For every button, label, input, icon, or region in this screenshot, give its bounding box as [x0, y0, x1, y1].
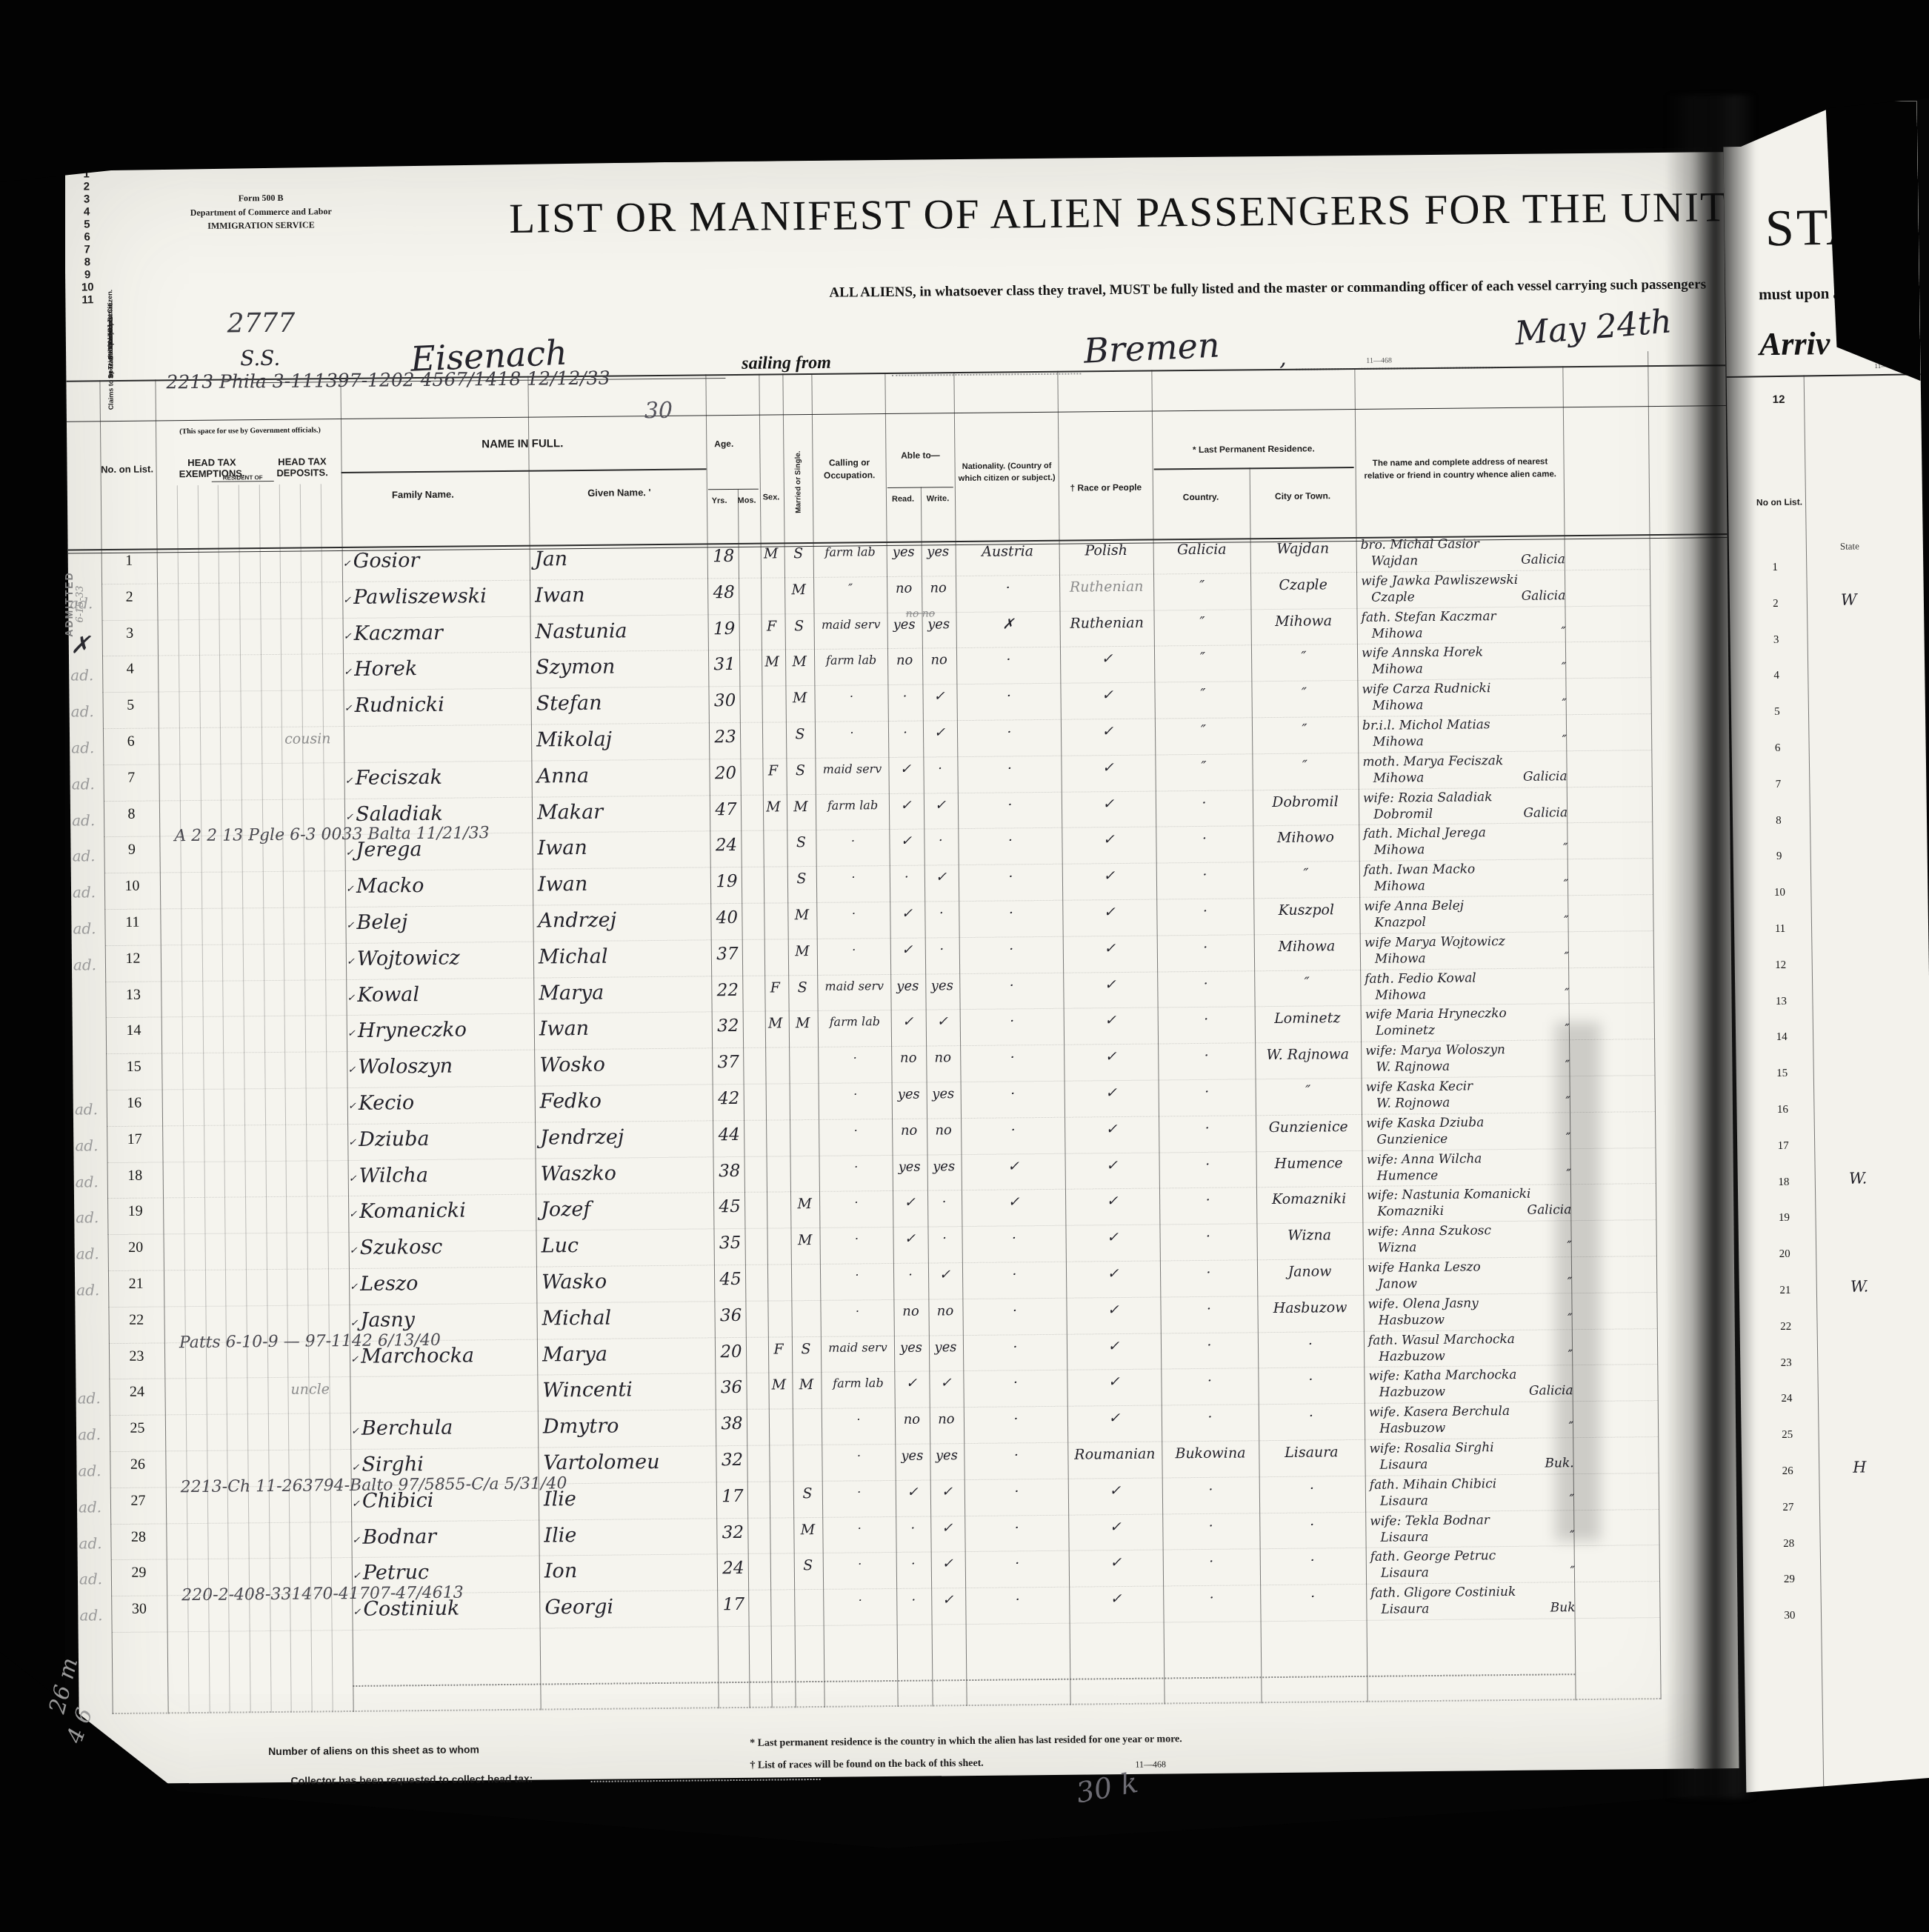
cell-co: ″	[1154, 579, 1250, 594]
top-annotation: 2213 Phila 3-111397-1202 4567/1418 12/12…	[166, 363, 1055, 393]
relative-place: Lisaura	[1381, 1603, 1429, 1616]
cell-g: Michal	[539, 945, 709, 968]
cell-oc: ·	[823, 1450, 894, 1463]
rp-row-number: 27	[1772, 1501, 1805, 1514]
cell-ci: Janow	[1258, 1265, 1362, 1280]
cell-ra: ✓	[1062, 724, 1154, 740]
table-hline-1	[67, 405, 1726, 422]
cell-oc: farm lab	[819, 1016, 890, 1029]
family-check: ✓	[350, 1245, 358, 1256]
cell-ci: Dobromil	[1253, 795, 1357, 810]
cell-f: Kowal	[357, 983, 539, 1006]
relative-line-2: Janow″	[1378, 1276, 1572, 1291]
relative-line-2: WajdanGalicia	[1371, 553, 1565, 568]
cell-oc: ·	[821, 1196, 892, 1210]
rp-no-on-list: No on List.	[1755, 495, 1804, 510]
col-read: Read.	[886, 495, 920, 504]
cell-wr: no	[927, 1124, 960, 1138]
cell-wr: yes	[927, 1160, 961, 1174]
relative-place: W. Rojnowa	[1376, 1097, 1450, 1110]
cell-g: Iwan	[538, 873, 708, 896]
relative-place: Mihowa	[1375, 953, 1426, 966]
margin-note: ad.	[75, 1136, 107, 1154]
cell-oc: ·	[824, 1522, 895, 1536]
cell-y: 44	[713, 1126, 745, 1145]
cell-g: Fedko	[540, 1090, 710, 1113]
relative-line-1: wife: Rosalia Sirghi	[1369, 1441, 1573, 1456]
cell-ci: Hasbuzow	[1258, 1301, 1362, 1316]
margin-note: ad.	[78, 1425, 110, 1443]
cell-no: 30	[111, 1602, 167, 1618]
cell-ra: ✓	[1065, 1122, 1158, 1137]
relative-line-2: Humence″	[1377, 1168, 1571, 1183]
cell-ci: Wizna	[1257, 1228, 1361, 1244]
cell-wr: ✓	[926, 1015, 959, 1029]
cell-ra: ✓	[1066, 1194, 1159, 1210]
cell-co: ·	[1162, 1374, 1257, 1390]
relative-place: Lisaura	[1381, 1567, 1429, 1580]
cell-no: 22	[108, 1312, 164, 1328]
relative-region: ″	[1563, 843, 1568, 856]
cell-y: 47	[710, 800, 742, 819]
rp-row-number: 16	[1766, 1104, 1799, 1117]
cell-f: Rudnicki	[355, 694, 536, 717]
cell-ms: M	[784, 583, 813, 598]
admitted-stamp-word: ADMITTED	[63, 553, 75, 656]
col-number-2: 2	[64, 180, 109, 193]
cell-ra: Ruthenian	[1060, 579, 1153, 595]
exemption-sub-8: Claims to be U. S. Citizen.	[107, 324, 115, 413]
cell-oc: maid serv	[819, 980, 890, 993]
cell-f: Komanicki	[359, 1200, 541, 1223]
family-check: ✓	[347, 1028, 356, 1039]
rp-row-number: 6	[1762, 742, 1794, 756]
relative-line-2: LisauraBuk.	[1379, 1457, 1573, 1472]
family-pencil-note: uncle	[290, 1382, 330, 1399]
form-id-block: Form 500 B Department of Commerce and La…	[161, 190, 362, 233]
col-no-on-list: No. on List.	[97, 462, 156, 476]
relative-line-2: LisauraBuk	[1381, 1602, 1575, 1616]
family-check: ✓	[346, 920, 354, 931]
rp-divider-1	[1804, 375, 1825, 1849]
relative-region: ″	[1564, 879, 1569, 891]
cell-co: ·	[1157, 904, 1253, 919]
readwrite-strike-note: no no	[885, 607, 955, 620]
relative-line-2: Lominetz″	[1376, 1024, 1570, 1039]
relative-line-1: wife: Marya Woloszyn	[1365, 1043, 1570, 1058]
cell-ra: ✓	[1062, 760, 1154, 776]
cell-ra: ✓	[1065, 1013, 1157, 1029]
cell-sx: M	[762, 800, 785, 815]
cell-ms: M	[785, 655, 813, 670]
relative-line-1: fath. George Petruc	[1370, 1550, 1575, 1565]
relative-line-2: W. Rajnowa″	[1376, 1059, 1570, 1074]
cell-wr: yes	[922, 545, 955, 559]
cell-f: Szukosc	[360, 1236, 542, 1259]
cell-sx: M	[764, 1017, 787, 1032]
department-line: Department of Commerce and Labor	[161, 204, 361, 219]
cell-na: ·	[962, 1087, 1064, 1102]
cell-oc: ·	[823, 1413, 894, 1427]
cell-ra: ✓	[1067, 1302, 1159, 1318]
rp-row-number: 12	[1765, 959, 1797, 972]
cell-y: 19	[710, 873, 743, 891]
margin-note: ad.	[78, 1462, 110, 1479]
family-check: ✓	[347, 993, 355, 1004]
relative-line-1: wife Hanka Leszo	[1367, 1260, 1572, 1275]
cell-ci: ″	[1252, 650, 1356, 665]
cell-sx: F	[763, 981, 787, 996]
margin-note: ad.	[71, 702, 104, 720]
cell-no: 8	[104, 806, 159, 822]
cell-co: ·	[1162, 1410, 1258, 1425]
film-edge-left	[0, 0, 65, 1932]
cell-ci: ″	[1252, 686, 1356, 702]
cell-ci: Gunzienice	[1256, 1120, 1360, 1136]
relative-line-2: Mihowa″	[1374, 843, 1568, 858]
cell-rd: ✓	[893, 1233, 927, 1247]
rp-row-number: 1	[1759, 562, 1791, 575]
cell-f: Bodnar	[362, 1525, 544, 1548]
cell-na: ·	[961, 978, 1062, 993]
cell-ms: S	[784, 547, 813, 562]
cell-wr: ✓	[922, 690, 956, 704]
rp-row-number: 26	[1771, 1465, 1804, 1479]
rp-row-number: 19	[1768, 1212, 1800, 1225]
rp-row-number: 9	[1763, 850, 1796, 864]
cell-ra: ✓	[1065, 1050, 1157, 1065]
cell-na: ·	[965, 1412, 1067, 1428]
cell-f: Pawliszewski	[353, 585, 535, 608]
relative-line-1: wife Annska Horek	[1362, 646, 1566, 661]
cell-ra: ✓	[1066, 1158, 1159, 1173]
cell-g: Mikolaj	[536, 728, 707, 751]
relative-line-1: wife. Kasera Berchula	[1369, 1405, 1573, 1419]
margin-note: ad.	[76, 1173, 108, 1190]
margin-note: ad.	[73, 956, 106, 973]
cell-na: ·	[966, 1520, 1067, 1536]
cell-ra: Roumanian	[1068, 1448, 1161, 1463]
family-check: ✓	[348, 1101, 356, 1112]
cell-no: 23	[109, 1348, 164, 1365]
col-number-6: 6	[64, 230, 109, 244]
cell-oc: ·	[819, 944, 890, 957]
cell-f: Berchula	[362, 1417, 543, 1440]
rp-arrival-fragment: Arriv	[1759, 324, 1830, 363]
cell-rd: yes	[893, 1160, 927, 1174]
family-check: ✓	[352, 1499, 360, 1510]
rp-row-number: 4	[1760, 670, 1793, 683]
cell-ci: Mihowo	[1253, 830, 1357, 846]
cell-y: 32	[716, 1451, 748, 1470]
name-col-pencil-30: 30	[644, 398, 673, 424]
margin-note: ad.	[73, 883, 105, 901]
col-name-in-full: NAME IN FULL.	[422, 436, 622, 451]
cell-wr: no	[926, 1051, 959, 1065]
cell-co: ·	[1157, 867, 1253, 883]
cell-no: 13	[105, 987, 161, 1003]
cell-sx: M	[760, 656, 784, 670]
cell-oc: maid serv	[816, 763, 887, 776]
cell-na: ·	[960, 870, 1062, 885]
family-check: ✓	[344, 703, 353, 714]
relative-line-2: Mihowa″	[1375, 951, 1569, 966]
relative-place: Wizna	[1378, 1242, 1417, 1255]
relative-line-2: Gunzienice″	[1376, 1132, 1570, 1147]
cell-ci: ·	[1261, 1553, 1365, 1569]
col-calling: Calling or Occupation.	[813, 456, 884, 482]
rp-row-fragment: W.	[1849, 1168, 1923, 1187]
cell-ci: Komazniki	[1257, 1192, 1361, 1207]
cell-y: 40	[710, 909, 743, 927]
col-number-10: 10	[65, 281, 110, 294]
cell-oc: ·	[821, 1161, 892, 1174]
relative-line-2: Knazpol″	[1374, 915, 1568, 930]
relative-line-1: wife Carza Rudnicki	[1362, 682, 1566, 696]
col-family-name: Family Name.	[364, 488, 482, 501]
rp-subtitle-fragment: must upon a	[1759, 284, 1841, 304]
relative-region: ″	[1562, 662, 1567, 675]
cell-rd: ✓	[888, 762, 922, 776]
cell-f: Hryneczko	[358, 1019, 539, 1042]
cell-rd: yes	[887, 618, 922, 632]
cell-wr: ✓	[930, 1522, 964, 1536]
margin-note: ad.	[72, 775, 104, 793]
cell-y: 37	[711, 945, 744, 964]
relative-line-2: Mihowa″	[1374, 879, 1568, 893]
relative-line-1: fath. Stefan Kaczmar	[1361, 610, 1565, 624]
cell-wr: ·	[928, 1232, 962, 1246]
cell-g: Vartolomeu	[543, 1451, 713, 1474]
relative-line-1: wife Anna Belej	[1364, 899, 1568, 913]
cell-ms: S	[787, 872, 816, 887]
footer-collector-rule	[591, 1779, 821, 1782]
family-check: ✓	[349, 1209, 357, 1220]
table-hline-3	[708, 489, 759, 490]
cell-rd: yes	[895, 1450, 929, 1464]
family-check: ✓	[348, 1137, 356, 1148]
cell-oc: ·	[820, 1088, 891, 1102]
cell-rd: yes	[890, 979, 924, 993]
footer-pencil-note: 30 k	[1073, 1766, 1140, 1810]
relative-line-2: Mihowa″	[1373, 698, 1567, 713]
cell-rd: no	[893, 1305, 927, 1319]
family-check: ✓	[346, 884, 354, 895]
cell-co: ″	[1155, 615, 1250, 630]
cell-co: ·	[1163, 1519, 1259, 1534]
cell-ra: ✓	[1063, 905, 1156, 921]
cell-g: Andrzej	[538, 909, 708, 932]
cell-y: 37	[712, 1053, 744, 1072]
cell-na: ✓	[963, 1159, 1065, 1174]
cell-f: Gosior	[353, 550, 535, 573]
col-number-11: 11	[65, 293, 110, 307]
col-number-8: 8	[65, 256, 110, 269]
cell-oc: farm lab	[815, 546, 886, 559]
cell-rd: no	[887, 582, 921, 596]
footer-dagger-note: † List of races will be found on the bac…	[750, 1758, 984, 1772]
cell-rd: no	[887, 654, 922, 668]
relative-place: Mihowa	[1375, 989, 1426, 1002]
relative-place: Hasbuzow	[1379, 1422, 1445, 1436]
margin-note: ad.	[79, 1606, 112, 1624]
cell-wr: ·	[924, 907, 958, 921]
cell-y: 45	[714, 1270, 747, 1289]
manifest-row: 30CostiniukGeorgi17··✓·✓··ad.✓fath. Glig…	[78, 1583, 1737, 1635]
cell-rd: ·	[890, 871, 924, 885]
cell-wr: ✓	[923, 726, 956, 740]
cell-na: ·	[964, 1268, 1065, 1283]
cell-wr: ·	[925, 943, 959, 957]
cell-na: ·	[958, 653, 1059, 668]
cell-rd: ✓	[889, 799, 923, 813]
cell-na: ·	[959, 797, 1061, 813]
cell-ra: ✓	[1067, 1230, 1159, 1246]
table-hline-2	[342, 468, 707, 473]
family-check: ✓	[343, 559, 351, 570]
col-country: Country.	[1160, 491, 1242, 502]
cell-ci: Lominetz	[1256, 1011, 1359, 1027]
col-number-4: 4	[64, 205, 109, 219]
relative-line-1: fath. Gligore Costiniuk	[1370, 1585, 1575, 1600]
relative-line-1: fath. Iwan Macko	[1364, 862, 1568, 877]
cell-oc: maid serv	[816, 619, 887, 632]
cell-y: 36	[714, 1307, 747, 1325]
relative-region: Buk	[1550, 1602, 1576, 1614]
margin-note: ad.	[76, 1281, 109, 1299]
rp-row-fragment: H	[1853, 1457, 1927, 1476]
cell-oc: ·	[818, 907, 889, 921]
cell-ra: ✓	[1069, 1483, 1162, 1499]
cell-na: ·	[960, 906, 1062, 922]
cell-rd: ·	[896, 1558, 930, 1572]
rp-row-number: 30	[1773, 1610, 1806, 1623]
cell-ra: Ruthenian	[1061, 616, 1153, 631]
relative-line-2: Hasbuzow″	[1379, 1313, 1573, 1328]
family-check: ✓	[344, 631, 352, 642]
rp-row-fragment: W	[1841, 590, 1915, 608]
relative-line-1: fath. Mihain Chibici	[1370, 1477, 1574, 1492]
cell-oc: farm lab	[816, 654, 887, 667]
cell-ms: M	[787, 908, 816, 923]
cell-no: 29	[111, 1565, 167, 1582]
rp-row-number: 28	[1773, 1537, 1805, 1550]
cell-na: Austria	[957, 544, 1059, 560]
cell-no: 27	[110, 1493, 166, 1509]
cell-y: 19	[708, 619, 741, 638]
cell-y: 36	[715, 1379, 747, 1397]
family-check: ✓	[350, 1318, 359, 1329]
cell-ms: M	[788, 945, 816, 959]
cell-f: Horek	[354, 658, 536, 681]
margin-note: ad.	[73, 919, 105, 937]
cell-ci: Humence	[1257, 1156, 1361, 1171]
cell-ra: ✓	[1064, 977, 1156, 993]
cell-na: ✓	[963, 1195, 1065, 1210]
relative-place: Mihowa	[1373, 736, 1424, 749]
cell-wr: ✓	[931, 1557, 964, 1571]
cell-wr: yes	[927, 1087, 960, 1102]
cell-no: 4	[102, 662, 158, 678]
cell-oc: ·	[822, 1305, 893, 1319]
cell-ra: ✓	[1062, 833, 1155, 848]
cell-oc: ·	[818, 871, 889, 885]
cell-rd: ✓	[893, 1196, 927, 1210]
relative-place: Lisaura	[1379, 1459, 1427, 1472]
cell-no: 1	[101, 553, 157, 569]
rp-row-number: 22	[1769, 1320, 1802, 1333]
relative-line-1: wife Maria Hryneczko	[1365, 1007, 1570, 1022]
cell-no: 14	[106, 1023, 161, 1039]
relative-region: ″	[1565, 951, 1570, 964]
cell-na: ·	[965, 1448, 1067, 1464]
relative-line-1: wife Marya Wojtowicz	[1365, 935, 1569, 950]
relative-line-1: wife Jawka Pawliszewski	[1361, 573, 1565, 588]
cell-rd: ✓	[891, 1016, 925, 1030]
margin-note: ad.	[70, 667, 103, 684]
cell-wr: ✓	[924, 799, 957, 813]
cell-y: 42	[713, 1090, 745, 1108]
cell-wr: no	[928, 1305, 962, 1319]
cell-f: Wojtowicz	[357, 947, 539, 970]
cell-g: Michal	[542, 1307, 712, 1330]
rp-row-number: 11	[1764, 923, 1796, 936]
cell-oc: ″	[815, 582, 886, 596]
cell-rd: ·	[887, 690, 922, 704]
relative-line-1: wife. Olena Jasny	[1367, 1296, 1572, 1311]
relative-place: Hazbuzow	[1379, 1386, 1446, 1399]
cell-rd: ✓	[890, 907, 924, 922]
col-resident-of: RESIDENT OF	[212, 474, 274, 482]
cell-ci: ·	[1261, 1590, 1365, 1605]
relative-line-1: wife: Nastunia Komanicki	[1367, 1188, 1571, 1203]
cell-g: Ilie	[544, 1524, 714, 1547]
cell-na: ·	[958, 689, 1059, 704]
margin-note: ad.	[77, 1390, 110, 1408]
col-gov-space: (This space for use by Government offici…	[159, 426, 341, 436]
cell-y: 32	[716, 1523, 749, 1542]
cell-g: Waszko	[541, 1162, 711, 1185]
cell-co: ·	[1159, 1085, 1255, 1100]
family-check: ✓	[350, 1353, 359, 1365]
col-number-3: 3	[64, 193, 109, 206]
cell-na: ·	[962, 1050, 1063, 1066]
col-number-5: 5	[64, 218, 109, 231]
cell-na: ·	[962, 1014, 1063, 1030]
cell-no: 6	[103, 733, 159, 750]
cell-co: ″	[1155, 651, 1250, 667]
family-pencil-note: cousin	[284, 730, 331, 747]
cell-ci: ·	[1260, 1517, 1364, 1533]
relative-line-1: wife Kaska Dziuba	[1366, 1116, 1570, 1130]
cell-ms: S	[794, 1559, 822, 1573]
cell-na: ·	[964, 1304, 1065, 1319]
cell-no: 2	[101, 589, 157, 605]
cell-g: Wasko	[542, 1270, 712, 1293]
relative-line-1: br.i.l. Michol Matias	[1362, 718, 1567, 733]
cell-g: Luc	[542, 1235, 712, 1258]
cell-ci: Czaple	[1251, 578, 1355, 593]
relative-region: ″	[1564, 915, 1569, 927]
cell-y: 20	[709, 765, 742, 783]
cell-no: 16	[107, 1095, 162, 1111]
col-age: Age.	[705, 439, 742, 449]
cell-rd: no	[895, 1413, 929, 1428]
cell-f: Saladiak	[356, 802, 537, 825]
cell-co: ·	[1164, 1590, 1259, 1606]
cell-y: 22	[711, 981, 744, 999]
cell-rd: ·	[893, 1269, 927, 1283]
